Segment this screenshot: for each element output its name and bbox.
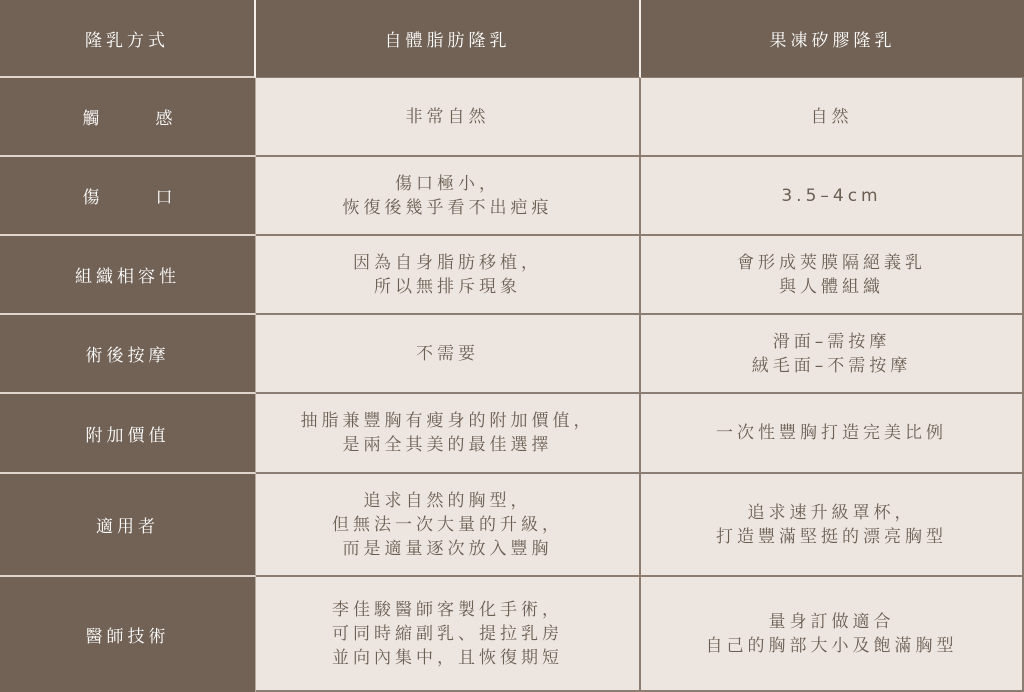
- cell-fat-graft-suitable-for: 追求自然的胸型， 但無法一次大量的升級， 而是適量逐次放入豐胸: [256, 474, 641, 577]
- cell-text-line: 並向內集中，且恢復期短: [332, 646, 563, 670]
- cell-text-line: 3.5–4cm: [781, 184, 881, 208]
- cell-text-line: 打造豐滿堅挺的漂亮胸型: [716, 525, 947, 549]
- cell-text-line: 不需要: [416, 342, 479, 366]
- cell-silicone-compatibility: 會形成莢膜隔絕義乳 與人體組織: [641, 236, 1024, 315]
- row-label-touch: 觸感: [0, 78, 256, 157]
- cell-text-line: 傷口極小，: [395, 172, 500, 196]
- cell-text-line: 李佳駿醫師客製化手術，: [332, 598, 563, 622]
- cell-silicone-added-value: 一次性豐胸打造完美比例: [641, 394, 1024, 474]
- cell-fat-graft-touch: 非常自然: [256, 78, 641, 157]
- cell-text-line: 追求自然的胸型，: [364, 489, 532, 513]
- header-fat-graft-label: 自體脂肪隆乳: [385, 26, 511, 51]
- cell-text-line: 但無法一次大量的升級，: [332, 513, 563, 537]
- cell-text-line: 抽脂兼豐胸有瘦身的附加價值，: [301, 409, 595, 433]
- cell-fat-graft-compatibility: 因為自身脂肪移植， 所以無排斥現象: [256, 236, 641, 315]
- cell-text-line: 可同時縮副乳、提拉乳房: [332, 622, 563, 646]
- header-method-label: 隆乳方式: [85, 26, 169, 51]
- cell-text-line: 絨毛面–不需按摩: [752, 354, 912, 378]
- row-label-suitable-for: 適用者: [0, 474, 256, 577]
- header-fat-graft: 自體脂肪隆乳: [256, 0, 641, 78]
- cell-silicone-surgeon-skill: 量身訂做適合 自己的胸部大小及飽滿胸型: [641, 577, 1024, 692]
- row-label-massage: 術後按摩: [0, 315, 256, 394]
- row-label-incision: 傷口: [0, 157, 256, 236]
- cell-fat-graft-incision: 傷口極小， 恢復後幾乎看不出疤痕: [256, 157, 641, 236]
- cell-text-line: 恢復後幾乎看不出疤痕: [343, 196, 553, 220]
- cell-text-line: 而是適量逐次放入豐胸: [343, 537, 553, 561]
- cell-text-line: 滑面–需按摩: [773, 330, 891, 354]
- cell-fat-graft-massage: 不需要: [256, 315, 641, 394]
- cell-fat-graft-added-value: 抽脂兼豐胸有瘦身的附加價值， 是兩全其美的最佳選擇: [256, 394, 641, 474]
- cell-silicone-suitable-for: 追求速升級罩杯， 打造豐滿堅挺的漂亮胸型: [641, 474, 1024, 577]
- row-label-text: 術後按摩: [86, 341, 170, 366]
- cell-text-line: 自己的胸部大小及飽滿胸型: [706, 634, 958, 658]
- cell-text-line: 與人體組織: [779, 275, 884, 299]
- row-label-text: 傷口: [27, 183, 229, 208]
- comparison-table: 隆乳方式 自體脂肪隆乳 果凍矽膠隆乳 觸感 非常自然 自然 傷口 傷口極小， 恢…: [0, 0, 1024, 692]
- cell-silicone-incision: 3.5–4cm: [641, 157, 1024, 236]
- cell-text-line: 一次性豐胸打造完美比例: [716, 421, 947, 445]
- cell-text-line: 自然: [811, 105, 853, 129]
- cell-silicone-massage: 滑面–需按摩 絨毛面–不需按摩: [641, 315, 1024, 394]
- row-label-text: 附加價值: [86, 421, 170, 446]
- header-method: 隆乳方式: [0, 0, 256, 78]
- cell-fat-graft-surgeon-skill: 李佳駿醫師客製化手術， 可同時縮副乳、提拉乳房 並向內集中，且恢復期短: [256, 577, 641, 692]
- row-label-surgeon-skill: 醫師技術: [0, 577, 256, 692]
- row-label-text: 組織相容性: [75, 262, 180, 287]
- cell-text-line: 會形成莢膜隔絕義乳: [737, 251, 926, 275]
- cell-text-line: 是兩全其美的最佳選擇: [343, 433, 553, 457]
- header-silicone: 果凍矽膠隆乳: [641, 0, 1024, 78]
- row-label-added-value: 附加價值: [0, 394, 256, 474]
- cell-text-line: 量身訂做適合: [769, 610, 895, 634]
- row-label-text: 醫師技術: [86, 622, 170, 647]
- row-label-text: 觸感: [27, 104, 229, 129]
- cell-text-line: 非常自然: [406, 105, 490, 129]
- cell-text-line: 追求速升級罩杯，: [748, 501, 916, 525]
- cell-silicone-touch: 自然: [641, 78, 1024, 157]
- cell-text-line: 因為自身脂肪移植，: [353, 251, 542, 275]
- header-silicone-label: 果凍矽膠隆乳: [770, 26, 896, 51]
- cell-text-line: 所以無排斥現象: [374, 275, 521, 299]
- row-label-text: 適用者: [96, 512, 159, 537]
- row-label-compatibility: 組織相容性: [0, 236, 256, 315]
